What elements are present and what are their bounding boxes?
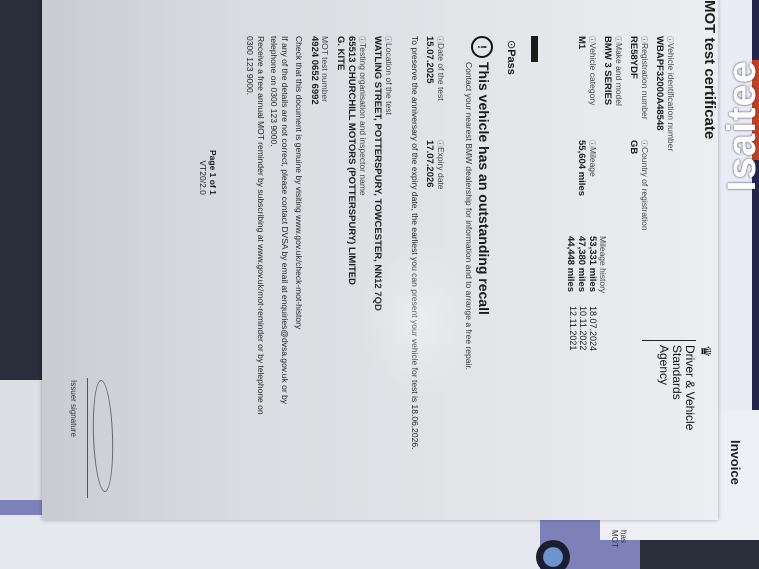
expiry-value: 17.07.2026 [424,140,435,190]
history-date: 18.07.2024 [588,306,598,351]
history-miles: 47,380 miles [576,236,587,292]
invoice-title: Invoice [728,440,743,485]
expiry-label: Expiry date [435,140,446,190]
agency-line: Agency [657,345,670,430]
mot-certificate: MOT test certificate ♛ Driver & Vehicle … [42,0,718,520]
registration-label: Registration number [639,36,650,120]
category-label: Vehicle category [587,36,598,105]
incorrect-details-text: If any of the details are not correct, p… [268,36,290,416]
make-model-value: BMW 3 SERIES [602,36,613,106]
agency-name: Driver & Vehicle Standards Agency [657,345,696,430]
signature-line [87,378,88,498]
reminder-text: Receive a free annual MOT reminder by su… [244,36,266,416]
inspector-value: G. KITE [335,36,346,285]
bmw-logo-icon [536,540,570,569]
page-number: Page 1 of 1 [208,150,218,195]
mot-certificate-paper: MOT test certificate ♛ Driver & Vehicle … [42,0,718,520]
mileage-label: Mileage [587,140,598,196]
form-version: VT20/2.0 [198,150,208,195]
make-model-label: Make and model [613,36,624,106]
signature-label: Issuer signature [69,380,78,437]
country-label: Country of registration [639,140,650,231]
vin-label: Vehicle identification number [665,36,676,151]
note-line: has [619,530,628,548]
org-value: 65513 CHURCHILL MOTORS (POTTERSPURY) LIM… [346,36,357,285]
history-date: 10.11.2022 [578,306,588,351]
page-footer: Page 1 of 1 VT20/2.0 [198,150,218,195]
agency-line: Driver & Vehicle [683,345,696,430]
check-text: Check that this document is genuine by v… [293,36,304,476]
result-bar [531,36,538,62]
paper-crease [358,240,478,400]
test-number-value: 4924 0652 6992 [309,36,320,105]
mileage-history: Mileage history 53,331 miles 47,380 mile… [565,236,608,351]
history-miles: 53,331 miles [587,236,598,292]
agency-divider [642,340,696,341]
recall-title: This vehicle has an outstanding recall [476,62,492,315]
info-icon: ! [471,36,493,58]
test-date-label: Date of the test [435,36,446,101]
mileage-history-label: Mileage history [598,236,608,351]
registration-value: RE58YDF [628,36,639,120]
history-miles: 44,448 miles [565,236,576,292]
test-date-value: 15.07.2025 [424,36,435,101]
agency-line: Standards [670,345,683,430]
signature-mark [91,380,115,493]
history-date: 12.11.2021 [568,306,578,351]
note-line: MOT [610,530,619,548]
background-paper-lower [0,515,540,569]
country-value: GB [628,140,639,231]
crown-crest-icon: ♛ [697,345,714,358]
test-result: Pass [505,40,518,75]
poster-brand-text: Isaitee [720,60,759,192]
certificate-title: MOT test certificate [701,0,718,520]
test-number-label: MOT test number [320,36,330,105]
vin-value: WBAPF32000A48548 [654,36,665,151]
background-note: has MOT [610,530,628,548]
category-value: M1 [576,36,587,105]
mileage-value: 55,604 miles [576,140,587,196]
